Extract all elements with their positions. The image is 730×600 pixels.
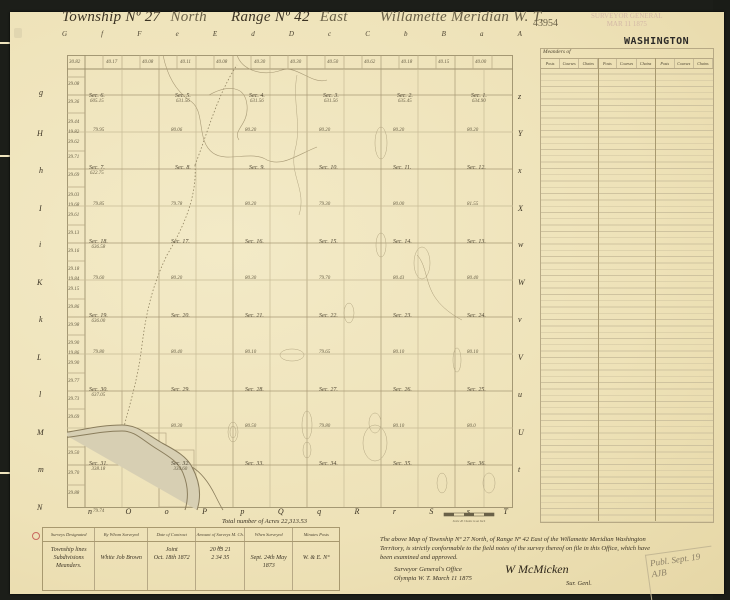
scale-bar: Scale 40 Chains to an Inch <box>442 512 497 524</box>
chainage-label: 79.80 <box>319 424 330 429</box>
section-1: Sec. 1.634.90 <box>471 93 487 104</box>
column-letter: r <box>393 507 396 516</box>
section-11: Sec. 11. <box>393 165 411 171</box>
row-letter: N <box>37 503 42 512</box>
column-letter: P <box>202 507 207 516</box>
section-8: Sec. 8. <box>175 165 191 171</box>
column-header: Courses <box>675 59 694 68</box>
amount-cell: 20 03 212 34 35 <box>196 542 245 590</box>
section-7: Sec. 7.622.75 <box>89 165 105 176</box>
scan-edge-mark <box>0 42 10 44</box>
row-letter: m <box>38 465 44 474</box>
section-15: Sec. 15. <box>319 239 338 245</box>
total-acres: Total number of Acres 22,313.53 <box>222 518 307 525</box>
chainage-label: 80.20 <box>245 202 256 207</box>
column-header: Posts <box>656 59 675 68</box>
left-chain-value: 39.15 <box>68 287 79 292</box>
survey-table-header: Surveys Designated By Whom Surveyed Date… <box>43 528 339 542</box>
chainage-label: 80.06 <box>171 128 182 133</box>
section-28: Sec. 28. <box>245 387 264 393</box>
row-letter: g <box>39 88 43 97</box>
column-letter: G <box>62 30 67 38</box>
top-chain-value: 30.82 <box>69 60 80 65</box>
top-chain-value: 40.18 <box>401 60 412 65</box>
row-letter: Y <box>518 129 522 138</box>
left-chain-value: 39.62 <box>68 140 79 145</box>
column-header: When Surveyed <box>245 528 294 541</box>
column-letter: q <box>317 507 321 516</box>
left-chain-value: 19.82 <box>68 130 79 135</box>
scan-edge-mark <box>0 472 10 474</box>
top-chain-value: 40.11 <box>180 60 191 65</box>
column-letter: f <box>101 30 103 38</box>
section-14: Sec. 14. <box>393 239 412 245</box>
top-chain-value: 40.08 <box>216 60 227 65</box>
chainage-label: 80.00 <box>393 202 404 207</box>
chainage-label: 80.40 <box>467 276 478 281</box>
meanders-table: Meanders of Posts Courses Chains Posts C… <box>540 48 714 523</box>
section-2: Sec. 2.635.45 <box>397 93 413 104</box>
chainage-label: 79.78 <box>171 202 182 207</box>
left-chain-value: 39.69 <box>68 415 79 420</box>
row-letter: v <box>518 315 522 324</box>
chainage-label: 80.10 <box>393 350 404 355</box>
section-20: Sec. 20. <box>171 313 190 319</box>
left-chain-value: 39.08 <box>68 82 79 87</box>
chainage-label: 79.95 <box>93 128 104 133</box>
section-32: Sec. 32.334.60 <box>171 461 190 472</box>
left-chain-value: 19.84 <box>68 277 79 282</box>
signer-title: Sur. Genl. <box>566 580 592 587</box>
row-letter: I <box>39 204 42 213</box>
paper-stain <box>14 28 22 38</box>
column-letter: d <box>251 30 255 38</box>
section-26: Sec. 26. <box>393 387 412 393</box>
document-number: 43954 <box>533 18 558 29</box>
row-letter: M <box>37 428 44 437</box>
section-34: Sec. 34. <box>319 461 338 467</box>
left-chain-value: 39.90 <box>68 341 79 346</box>
chainage-label: 80.30 <box>171 424 182 429</box>
section-3: Sec. 3.631.56 <box>323 93 339 104</box>
chainage-label: 80.20 <box>171 276 182 281</box>
top-chain-value: 40.50 <box>327 60 338 65</box>
meanders-ruled-lines <box>541 68 713 522</box>
column-header: Courses <box>560 59 579 68</box>
column-letter: A <box>518 30 522 38</box>
row-letter: W <box>518 278 525 287</box>
column-header: Date of Contract <box>148 528 197 541</box>
section-25: Sec. 25. <box>467 387 486 393</box>
section-16: Sec. 16. <box>245 239 264 245</box>
left-chain-value: 39.44 <box>68 120 79 125</box>
scan-edge-mark <box>0 155 10 157</box>
section-6: Sec. 6.605.15 <box>89 93 105 104</box>
section-35: Sec. 35. <box>393 461 412 467</box>
column-header: By Whom Surveyed <box>95 528 147 541</box>
chainage-label: 80.20 <box>393 128 404 133</box>
chainage-label: 80.20 <box>245 128 256 133</box>
range-label: Range Nº 42 <box>231 9 310 25</box>
chainage-label: 80.20 <box>319 128 330 133</box>
column-letter: a <box>480 30 484 38</box>
section-36: Sec. 36. <box>467 461 486 467</box>
meanders-title: Meanders of <box>541 49 713 59</box>
received-stamp: SURVEYOR GENERALMAR 11 1875 <box>591 12 663 28</box>
left-chain-value: 19.86 <box>68 351 79 356</box>
left-chain-value: 39.71 <box>68 155 79 160</box>
column-letter: O <box>125 507 131 516</box>
chainage-label: 80.40 <box>171 350 182 355</box>
row-letter: w <box>518 240 523 249</box>
column-header: Amount of Surveys M. Ch. Lk. <box>196 528 245 541</box>
row-letter: k <box>39 315 43 324</box>
column-header: Courses <box>617 59 636 68</box>
chainage-label: 80.10 <box>393 424 404 429</box>
chainage-label: 81.55 <box>467 202 478 207</box>
top-chain-value: 40.08 <box>142 60 153 65</box>
surveys-designated-cell: Township lines Subdivisions Meanders. <box>43 542 95 590</box>
column-header: Chains <box>579 59 598 68</box>
top-chain-value: 40.62 <box>364 60 375 65</box>
top-chain-value: 40.30 <box>290 60 301 65</box>
row-letter: L <box>37 353 41 362</box>
row-letter: X <box>518 204 523 213</box>
chainage-label: 80.20 <box>467 128 478 133</box>
chainage-label: 80.43 <box>393 276 404 281</box>
left-chain-value: 39.36 <box>68 100 79 105</box>
row-letter: h <box>39 166 43 175</box>
column-letter: T <box>503 507 507 516</box>
state-stamp: WASHINGTON <box>624 36 689 47</box>
top-chain-value: 40.00 <box>475 60 486 65</box>
column-letter: b <box>404 30 408 38</box>
certification-office: Surveyor General's Office Olympia W. T. … <box>394 565 472 583</box>
row-letter: l <box>39 390 41 399</box>
row-letter: u <box>518 390 522 399</box>
top-chain-value: 40.30 <box>254 60 265 65</box>
section-17: Sec. 17. <box>171 239 190 245</box>
column-letter: n <box>88 507 92 516</box>
left-chain-value: 39.69 <box>68 173 79 178</box>
chainage-label: 79.30 <box>319 202 330 207</box>
left-chain-value: 39.77 <box>68 379 79 384</box>
chainage-label: 79.65 <box>319 350 330 355</box>
left-chain-value: 39.73 <box>68 397 79 402</box>
section-18: Sec. 18.636.58 <box>89 239 108 250</box>
row-letter: K <box>37 278 42 287</box>
left-chain-value: 39.18 <box>68 267 79 272</box>
section-13: Sec. 13. <box>467 239 486 245</box>
column-header: Posts <box>598 59 617 68</box>
section-19: Sec. 19.636.00 <box>89 313 108 324</box>
survey-record-table: Surveys Designated By Whom Surveyed Date… <box>42 527 340 591</box>
section-31: Sec. 31.338.18 <box>89 461 108 472</box>
row-letter: V <box>518 353 523 362</box>
column-letter: Q <box>278 507 284 516</box>
township-label: Township Nº 27 <box>62 9 160 25</box>
chainage-label: 80.0 <box>467 424 476 429</box>
posts-cell: W. & E. N° <box>293 542 339 590</box>
column-letter: B <box>442 30 446 38</box>
column-letter: E <box>213 30 217 38</box>
row-letter: z <box>518 92 521 101</box>
section-23: Sec. 23. <box>393 313 412 319</box>
left-chain-value: 39.86 <box>68 305 79 310</box>
left-chain-value: 39.70 <box>68 471 79 476</box>
column-header: Chains <box>694 59 713 68</box>
left-chain-value: 39.13 <box>68 231 79 236</box>
top-chain-value: 40.15 <box>438 60 449 65</box>
chainage-label: 80.10 <box>467 350 478 355</box>
top-chain-value: 40.17 <box>106 60 117 65</box>
section-4: Sec. 4.631.56 <box>249 93 265 104</box>
column-divider <box>655 58 656 521</box>
column-letter: C <box>365 30 370 38</box>
section-30: Sec. 30.637.05 <box>89 387 108 398</box>
certification-text: The above Map of Township Nº 27 North, o… <box>380 535 655 562</box>
left-chain-value: 39.88 <box>68 491 79 496</box>
survey-table-body: Township lines Subdivisions Meanders. Wh… <box>43 542 339 590</box>
meridian-label: Willamette Meridian W. T. <box>380 9 545 25</box>
section-33: Sec. 33. <box>245 461 264 467</box>
column-header: Chains <box>637 59 656 68</box>
column-letter: R <box>355 507 360 516</box>
contract-date-cell: JointOct. 18th 1872 <box>148 542 197 590</box>
left-chain-value: 39.98 <box>68 323 79 328</box>
left-chain-value: 39.61 <box>68 213 79 218</box>
section-22: Sec. 22. <box>319 313 338 319</box>
surveyor-general-signature: W McMicken <box>505 562 569 577</box>
column-header: Posts <box>541 59 560 68</box>
row-letter: i <box>39 240 41 249</box>
range-direction: East <box>320 9 348 25</box>
section-24: Sec. 24. <box>467 313 486 319</box>
chainage-label: 80.50 <box>245 424 256 429</box>
chainage-label: 79.70 <box>319 276 330 281</box>
column-letter: S <box>429 507 433 516</box>
column-letter: e <box>176 30 179 38</box>
township-direction: North <box>170 9 207 25</box>
published-stamp: Publ. Sept. 19 AJB <box>645 546 718 600</box>
chainage-label: 80.10 <box>245 350 256 355</box>
section-9: Sec. 9. <box>249 165 265 171</box>
section-10: Sec. 10. <box>319 165 338 171</box>
township-grid-map: Sec. 6.605.15 Sec. 5.631.56 Sec. 4.631.5… <box>67 55 513 515</box>
left-chain-value: 39.03 <box>68 193 79 198</box>
chainage-label: 80.30 <box>245 276 256 281</box>
left-chain-value: 39.90 <box>68 361 79 366</box>
row-letter: U <box>518 428 524 437</box>
column-letter: o <box>165 507 169 516</box>
plat-title: Township Nº 27 North Range Nº 42 East Wi… <box>62 9 550 26</box>
red-ink-mark <box>32 532 40 540</box>
row-letter: x <box>518 166 522 175</box>
column-letter: p <box>240 507 244 516</box>
scale-label: Scale 40 Chains to an Inch <box>453 519 486 523</box>
grid-lines <box>67 55 513 515</box>
left-chain-value: 19.68 <box>68 203 79 208</box>
section-21: Sec. 21. <box>245 313 264 319</box>
row-letter: t <box>518 465 520 474</box>
column-divider <box>598 58 599 521</box>
column-letter: c <box>328 30 331 38</box>
top-column-letters: G f F e E d D c C b B a A <box>62 30 522 38</box>
column-letter: F <box>137 30 141 38</box>
section-27: Sec. 27. <box>319 387 338 393</box>
left-chain-value: 39.50 <box>68 451 79 456</box>
row-letter: H <box>37 129 43 138</box>
chainage-label: 79.60 <box>93 276 104 281</box>
section-29: Sec. 29. <box>171 387 190 393</box>
column-letter: D <box>289 30 294 38</box>
when-surveyed-cell: Sept. 24th May 1873 <box>245 542 294 590</box>
chainage-label: 79.80 <box>93 350 104 355</box>
section-12: Sec. 12. <box>467 165 486 171</box>
column-header: Surveys Designated <box>43 528 95 541</box>
left-chain-value: 39.16 <box>68 249 79 254</box>
column-header: Minutes Posts <box>293 528 339 541</box>
section-5: Sec. 5.631.56 <box>175 93 191 104</box>
surveyor-cell: White Job Brown <box>95 542 147 590</box>
chainage-label: 79.85 <box>93 202 104 207</box>
